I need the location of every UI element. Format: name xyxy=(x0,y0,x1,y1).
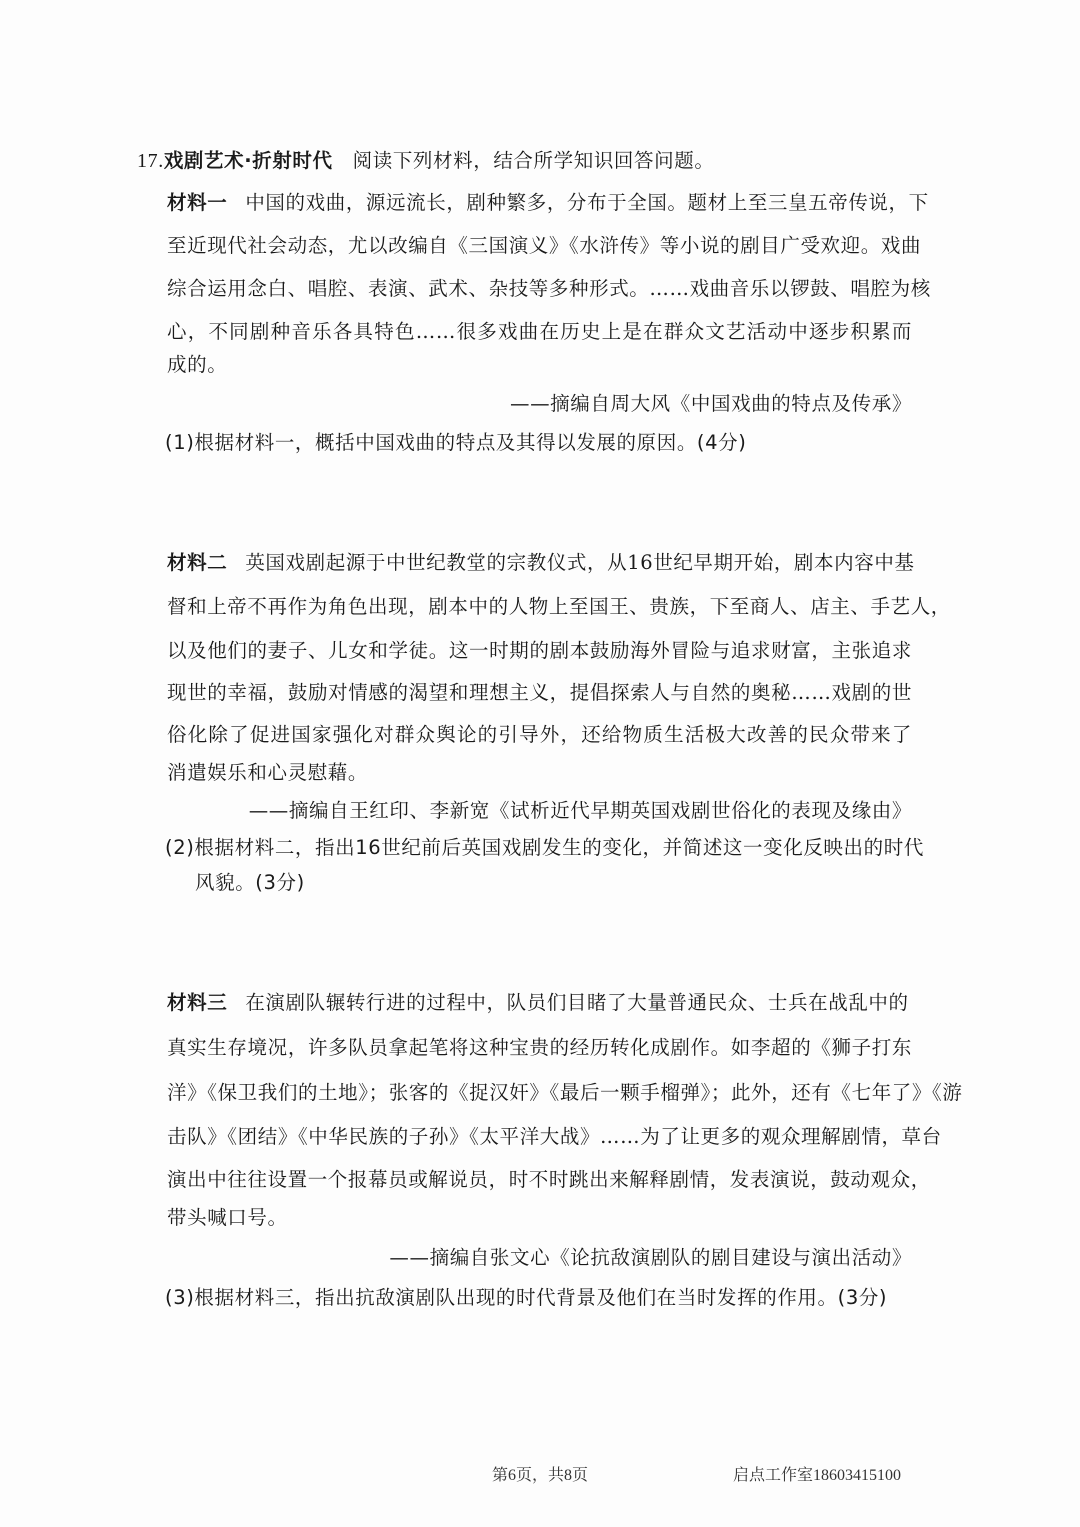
material-2-line-2: 以及他们的妻子、儿女和学徒。这一时期的剧本鼓励海外冒险与追求财富，主张追求 xyxy=(167,638,912,664)
material-1-line-0: 材料一中国的戏曲，源远流长，剧种繁多，分布于全国。题材上至三皇五帝传说，下 xyxy=(167,190,929,216)
material-2-line-0: 材料二英国戏剧起源于中世纪教堂的宗教仪式，从16世纪早期开始，剧本内容中基 xyxy=(167,550,915,576)
material-3-line-1: 真实生存境况，许多队员拿起笔将这种宝贵的经历转化成剧作。如李超的《狮子打东 xyxy=(167,1035,912,1061)
material-1-line-1: 至近现代社会动态，尤以改编自《三国演义》《水浒传》等小说的剧目广受欢迎。戏曲 xyxy=(167,233,912,259)
material-1-source: ——摘编自周大风《中国戏曲的特点及传承》 xyxy=(510,391,912,417)
material-2-label: 材料二 xyxy=(167,551,227,574)
material-1-label: 材料一 xyxy=(167,191,227,214)
material-2-source: ——摘编自王红印、李新宽《试析近代早期英国戏剧世俗化的表现及缘由》 xyxy=(249,798,912,824)
material-3-line-5: 带头喊口号。 xyxy=(167,1205,288,1231)
material-1-line-3: 心，不同剧种音乐各具特色……很多戏曲在历史上是在群众文艺活动中逐步积累而 xyxy=(167,319,912,345)
material-3-source: ——摘编自张文心《论抗敌演剧队的剧目建设与演出活动》 xyxy=(389,1245,912,1271)
exam-page: 17.戏剧艺术·折射时代阅读下列材料，结合所学知识回答问题。 材料一中国的戏曲，… xyxy=(0,0,1080,1527)
material-3-line-3: 击队》《团结》《中华民族的子孙》《太平洋大战》……为了让更多的观众理解剧情，草台 xyxy=(167,1124,912,1150)
sub-question-3: (3)根据材料三，指出抗敌演剧队出现的时代背景及他们在当时发挥的作用。(3分) xyxy=(165,1285,887,1311)
material-1-line-2: 综合运用念白、唱腔、表演、武术、杂技等多种形式。……戏曲音乐以锣鼓、唱腔为核 xyxy=(167,276,912,302)
question-theme: 戏剧艺术·折射时代 xyxy=(164,149,333,172)
studio-credit: 启点工作室18603415100 xyxy=(733,1462,901,1485)
material-3-label: 材料三 xyxy=(167,991,227,1014)
material-1-line-4: 成的。 xyxy=(167,352,227,378)
question-number: 17. xyxy=(137,150,164,172)
material-1-text: 中国的戏曲，源远流长，剧种繁多，分布于全国。题材上至三皇五帝传说，下 xyxy=(245,191,928,214)
material-3-line-4: 演出中往往设置一个报幕员或解说员，时不时跳出来解释剧情，发表演说，鼓动观众， xyxy=(167,1167,912,1193)
question-header: 17.戏剧艺术·折射时代阅读下列材料，结合所学知识回答问题。 xyxy=(137,148,714,174)
material-2-line-4: 俗化除了促进国家强化对群众舆论的引导外，还给物质生活极大改善的民众带来了 xyxy=(167,722,912,748)
material-2-line-3: 现世的幸福，鼓励对情感的渴望和理想主义，提倡探索人与自然的奥秘……戏剧的世 xyxy=(167,680,912,706)
material-2-line-5: 消遣娱乐和心灵慰藉。 xyxy=(167,760,368,786)
sub-question-2-line-1: (2)根据材料二，指出16世纪前后英国戏剧发生的变化，并简述这一变化反映出的时代 xyxy=(165,835,924,861)
material-3-text: 在演剧队辗转行进的过程中，队员们目睹了大量普通民众、士兵在战乱中的 xyxy=(245,991,908,1014)
sub-question-2-line-2: 风貌。(3分) xyxy=(195,870,305,896)
material-2-text: 英国戏剧起源于中世纪教堂的宗教仪式，从16世纪早期开始，剧本内容中基 xyxy=(245,551,914,574)
material-3-line-0: 材料三在演剧队辗转行进的过程中，队员们目睹了大量普通民众、士兵在战乱中的 xyxy=(167,990,909,1016)
page-indicator: 第6页，共8页 xyxy=(492,1462,588,1485)
material-2-line-1: 督和上帝不再作为角色出现，剧本中的人物上至国王、贵族，下至商人、店主、手艺人， xyxy=(167,594,912,620)
sub-question-1: (1)根据材料一，概括中国戏曲的特点及其得以发展的原因。(4分) xyxy=(165,430,746,456)
question-instruction: 阅读下列材料，结合所学知识回答问题。 xyxy=(353,149,715,172)
material-3-line-2: 洋》《保卫我们的土地》；张客的《捉汉奸》《最后一颗手榴弹》；此外，还有《七年了》… xyxy=(167,1080,912,1106)
